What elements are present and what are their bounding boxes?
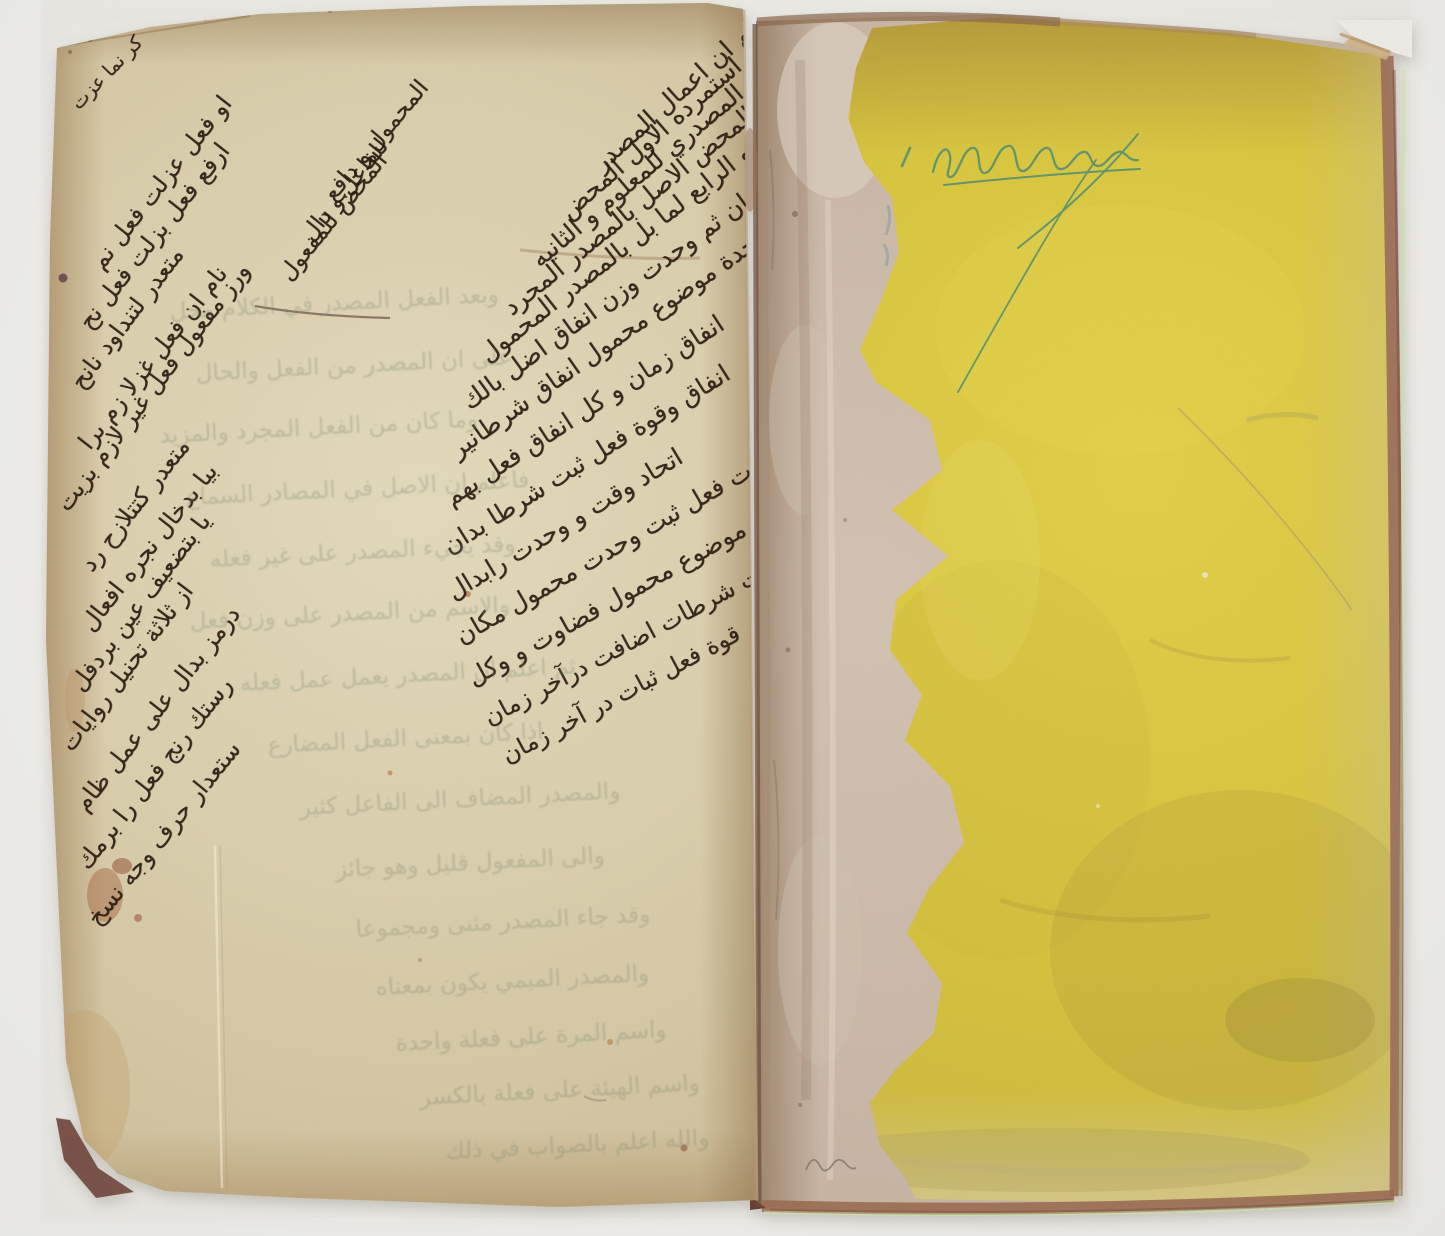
showthrough-line: وما كان من الفعل المجرد والمزيد	[159, 407, 478, 448]
showthrough-line: على ان المصدر من الفعل والحال	[195, 345, 512, 386]
showthrough-line: والمصدر المضاف الى الفاعل كثير	[299, 779, 621, 820]
scanned-photo: كر نما عزتالمحمول و دافعللفاعل و دالالمح…	[0, 0, 1445, 1236]
showthrough-line: واسم الهيئة على فعلة بالكسر	[419, 1071, 700, 1110]
showthrough-line: وقد جاء المصدر مثنى ومجموعا	[355, 903, 651, 943]
showthrough-line: والله اعلم بالصواب في ذلك	[445, 1126, 710, 1164]
showthrough-line: فاعلم ان الاصل في المصادر السماع	[185, 468, 530, 510]
showthrough-line: واسم المرة على فعلة واحدة	[395, 1018, 667, 1056]
showthrough-line: والمصدر الميمي يكون بمعناه	[375, 962, 650, 1000]
showthrough-line: والى المفعول قليل وهو جائز	[335, 844, 605, 882]
handwritten-line: كر نما عزت	[68, 33, 147, 114]
